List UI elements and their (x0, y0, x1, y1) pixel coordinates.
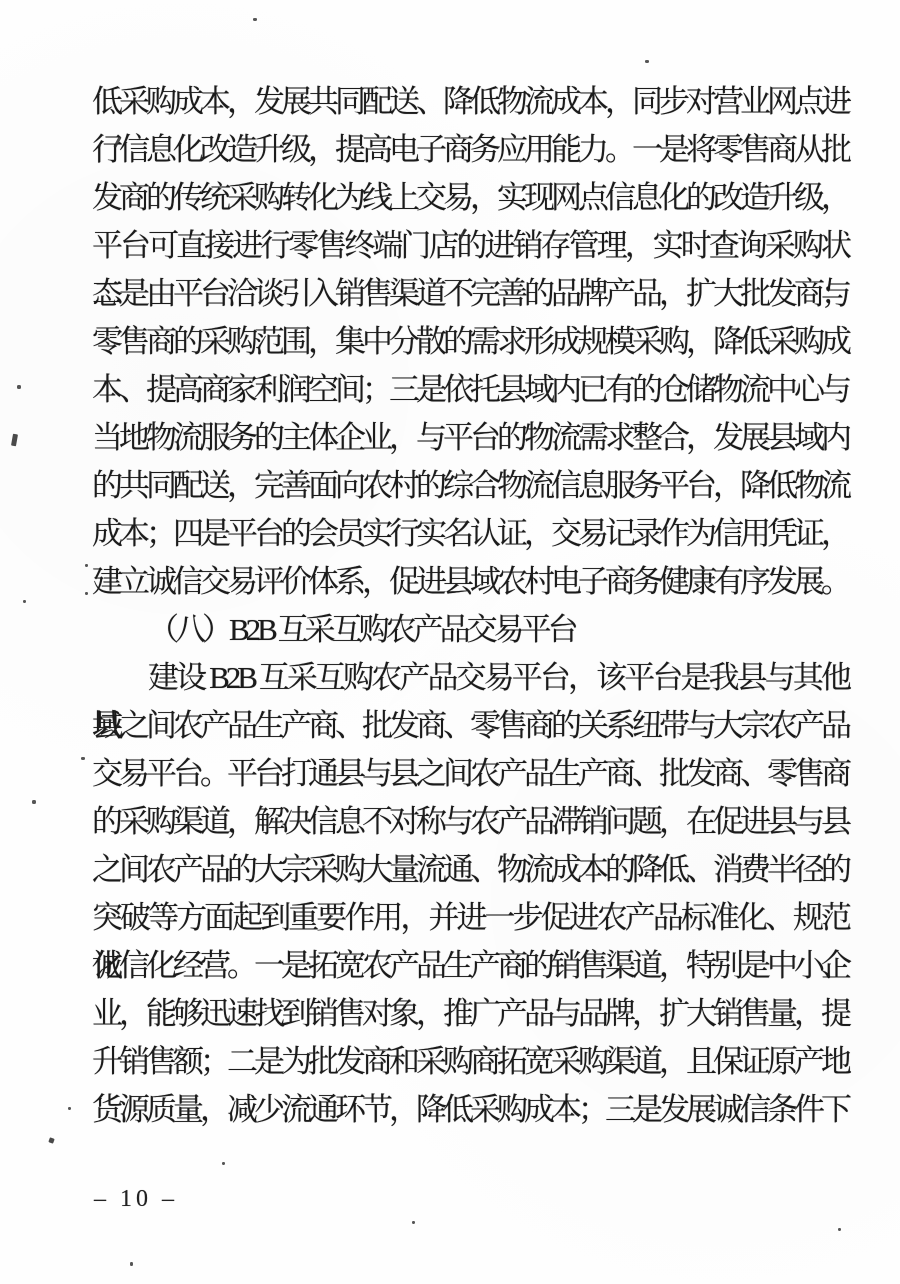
scan-speck (85, 564, 88, 567)
document-lines: 低采购成本，发展共同配送、降低物流成本，同步对营业网点进行信息化改造升级，提高电… (92, 78, 848, 1134)
text-line: 低采购成本，发展共同配送、降低物流成本，同步对营业网点进 (92, 78, 848, 126)
text-line: 本、提高商家利润空间；三是依托县域内已有的仓储物流中心与 (92, 366, 848, 414)
text-line: 货源质量，减少流通环节，降低采购成本；三是发展诚信条件下 (92, 1086, 848, 1134)
text-line: 建立诚信交易评价体系，促进县域农村电子商务健康有序发展。 (92, 558, 848, 606)
text-line: 当地物流服务的主体企业，与平台的物流需求整合，发展县域内 (92, 414, 848, 462)
text-line: 之间农产品的大宗采购大量流通、物流成本的降低、消费半径的 (92, 846, 848, 894)
text-line: 平台可直接进行零售终端门店的进销存管理，实时查询采购状态； (92, 222, 848, 270)
scan-speck (68, 1107, 71, 1110)
text-line: 零售商的采购范围，集中分散的需求形成规模采购，降低采购成 (92, 318, 848, 366)
text-line: 行信息化改造升级，提高电子商务应用能力。一是将零售商从批 (92, 126, 848, 174)
scan-speck (222, 1162, 225, 1165)
scan-speck (645, 60, 649, 63)
page-number: – 10 – (94, 1186, 178, 1213)
text-line: 域之间农产品生产商、批发商、零售商的关系纽带与大宗农产品 (92, 702, 848, 750)
text-line: 发商的传统采购转化为线上交易，实现网点信息化的改造升级， (92, 174, 848, 222)
scan-speck (81, 757, 85, 760)
text-line: 业，能够迅速找到销售对象，推广产品与品牌，扩大销售量，提 (92, 990, 848, 1038)
scan-speck (23, 600, 26, 603)
section-heading: （八）B2B 互采互购农产品交易平台 (92, 606, 848, 654)
text-line: 突破等方面起到重要作用，并进一步促进农产品标准化、规范化、 (92, 894, 848, 942)
text-line: 二是由平台洽谈引入销售渠道不完善的品牌产品，扩大批发商与 (92, 270, 848, 318)
text-line: 建设 B2B 互采互购农产品交易平台，该平台是我县与其他县 (92, 654, 848, 702)
scan-speck (48, 1137, 54, 1143)
scan-speck (412, 1221, 415, 1224)
scan-speck (32, 800, 36, 804)
scan-speck (11, 434, 18, 447)
scan-speck (838, 1228, 841, 1231)
scan-speck (17, 385, 21, 389)
text-line: 诚信化经营。一是拓宽农产品生产商的销售渠道，特别是中小企 (92, 942, 848, 990)
scanned-document-page: 低采购成本，发展共同配送、降低物流成本，同步对营业网点进行信息化改造升级，提高电… (0, 0, 900, 1284)
text-line: 成本；四是平台的会员实行实名认证，交易记录作为信用凭证， (92, 510, 848, 558)
text-line: 的共同配送，完善面向农村的综合物流信息服务平台，降低物流 (92, 462, 848, 510)
text-line: 交易平台。平台打通县与县之间农产品生产商、批发商、零售商 (92, 750, 848, 798)
scan-speck (253, 18, 257, 21)
scan-speck (843, 100, 847, 103)
text-line: 的采购渠道，解决信息不对称与农产品滞销问题，在促进县与县 (92, 798, 848, 846)
scan-speck (85, 592, 88, 595)
text-line: 升销售额；二是为批发商和采购商拓宽采购渠道，且保证原产地 (92, 1038, 848, 1086)
scan-speck (130, 1262, 133, 1266)
